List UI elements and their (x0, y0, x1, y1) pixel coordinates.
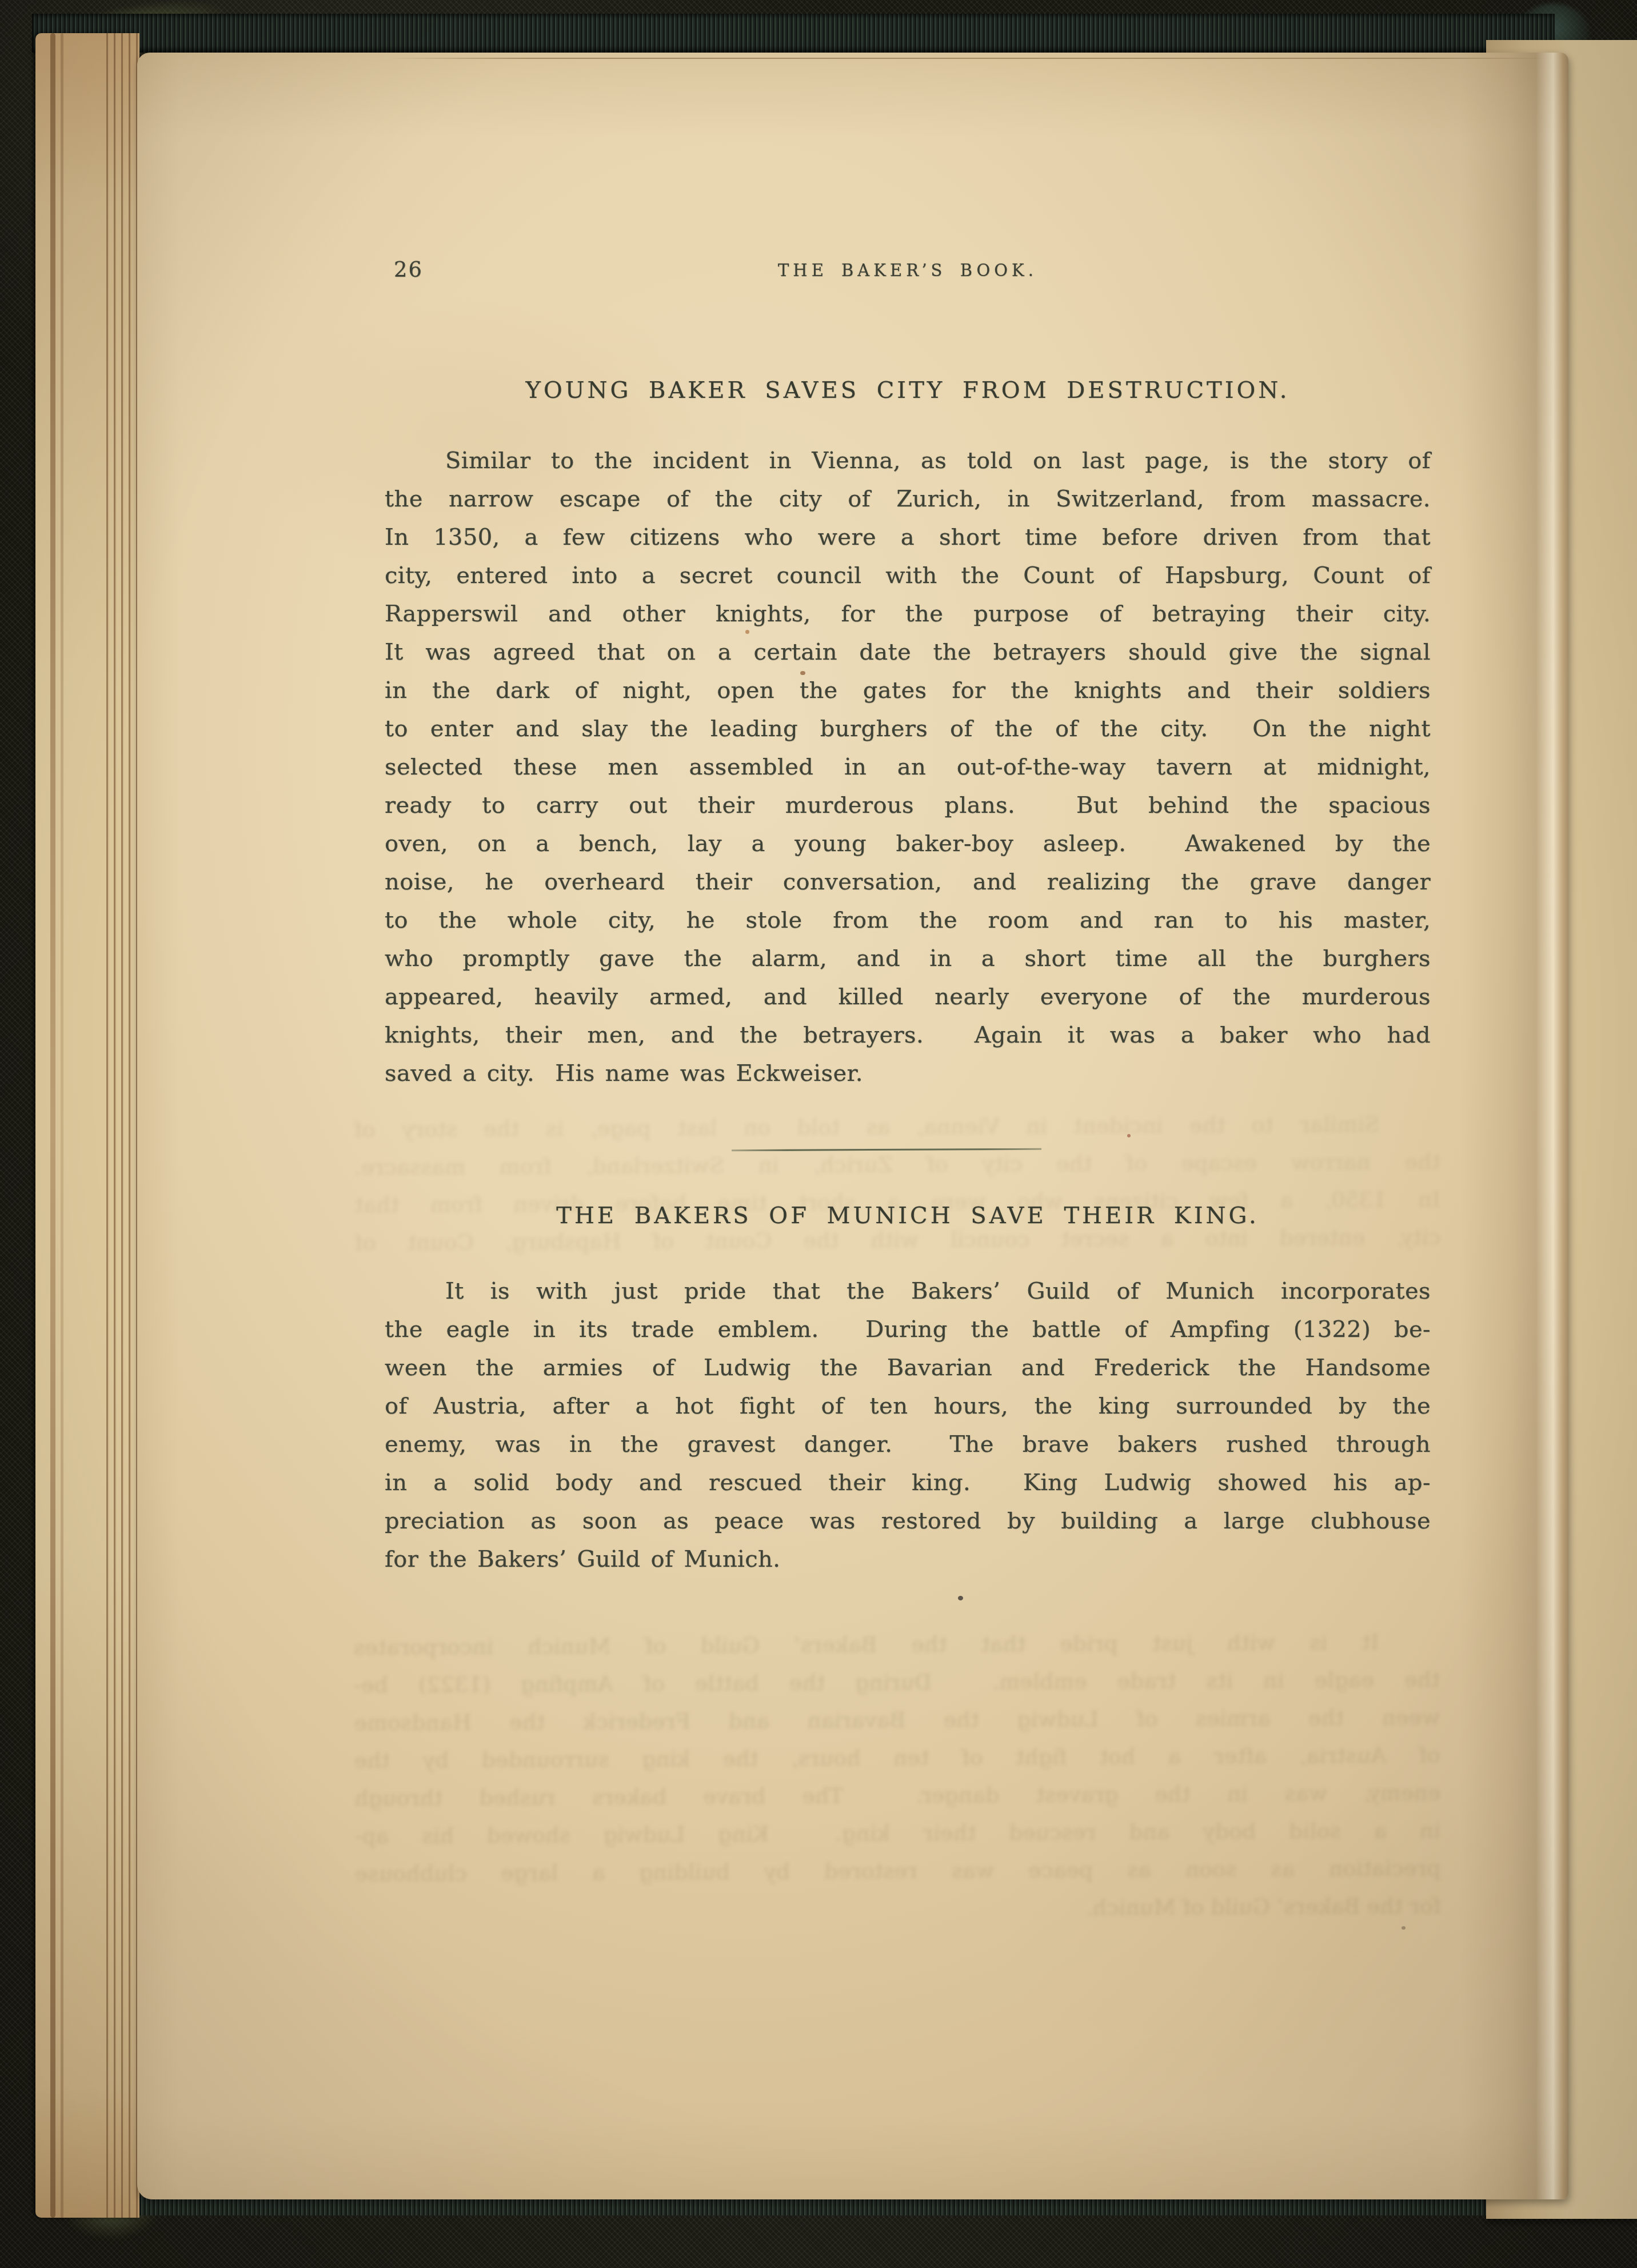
section-paragraph-1: Similar to the incident in Vienna, as to… (385, 442, 1431, 1093)
text-line: to the whole city, he stole from the roo… (385, 901, 1431, 940)
text-line: selected these men assembled in an out-o… (385, 748, 1431, 786)
page-stack-edges (35, 33, 139, 2218)
text-line: the narrow escape of the city of Zurich,… (385, 480, 1431, 518)
text-line: saved a city. His name was Eckweiser. (385, 1055, 1431, 1093)
section-paragraph-2: It is with just pride that the Bakers’ G… (385, 1272, 1431, 1579)
text-line: In 1350, a few citizens who were a short… (385, 518, 1431, 557)
text-line: in the dark of night, open the gates for… (385, 672, 1431, 710)
book-scan: Similar to the incident in Vienna, as to… (0, 0, 1637, 2268)
text-line: oven, on a bench, lay a young baker-boy … (385, 825, 1431, 863)
text-line: noise, he overheard their conversation, … (385, 863, 1431, 901)
foxing-speck (958, 1596, 963, 1600)
page-edge-line (50, 33, 55, 2218)
page-number: 26 (394, 257, 423, 282)
text-line: ready to carry out their murderous plans… (385, 786, 1431, 825)
text-line: Rapperswil and other knights, for the pu… (385, 595, 1431, 633)
text-line: Similar to the incident in Vienna, as to… (385, 442, 1431, 480)
section-divider-rule (732, 1148, 1041, 1151)
foxing-speck (1127, 1134, 1131, 1137)
foxing-speck (745, 630, 749, 634)
page-edge-cluster (102, 33, 139, 2218)
text-line: It is with just pride that the Bakers’ G… (385, 1272, 1431, 1311)
text-line: for the Bakers’ Guild of Munich. (385, 1540, 1431, 1579)
text-line: city, entered into a secret council with… (385, 557, 1431, 595)
section-heading-2: THE BAKERS OF MUNICH SAVE THEIR KING. (385, 1203, 1431, 1229)
text-line: ween the armies of Ludwig the Bavarian a… (385, 1349, 1431, 1387)
page-content: 26 THE BAKER’S BOOK. YOUNG BAKER SAVES C… (137, 53, 1568, 2199)
text-line: in a solid body and rescued their king. … (385, 1464, 1431, 1502)
text-line: It was agreed that on a certain date the… (385, 633, 1431, 672)
text-line: who promptly gave the alarm, and in a sh… (385, 940, 1431, 978)
text-line: the eagle in its trade emblem. During th… (385, 1311, 1431, 1349)
text-line: of Austria, after a hot fight of ten hou… (385, 1387, 1431, 1426)
page-edge-line (61, 33, 63, 2218)
book-page: Similar to the incident in Vienna, as to… (137, 53, 1568, 2199)
foxing-speck (1402, 1926, 1406, 1930)
text-line: knights, their men, and the betrayers. A… (385, 1016, 1431, 1055)
book-block-top-edge (32, 14, 1555, 53)
text-line: to enter and slay the leading burghers o… (385, 710, 1431, 748)
running-header: THE BAKER’S BOOK. (778, 261, 1037, 280)
text-line: appeared, heavily armed, and killed near… (385, 978, 1431, 1016)
gutter-shadow (1460, 53, 1568, 2199)
page-header: 26 THE BAKER’S BOOK. (385, 257, 1431, 283)
foxing-speck (800, 671, 805, 675)
text-line: preciation as soon as peace was restored… (385, 1502, 1431, 1540)
text-line: enemy, was in the gravest danger. The br… (385, 1426, 1431, 1464)
section-heading-1: YOUNG BAKER SAVES CITY FROM DESTRUCTION. (385, 377, 1431, 404)
